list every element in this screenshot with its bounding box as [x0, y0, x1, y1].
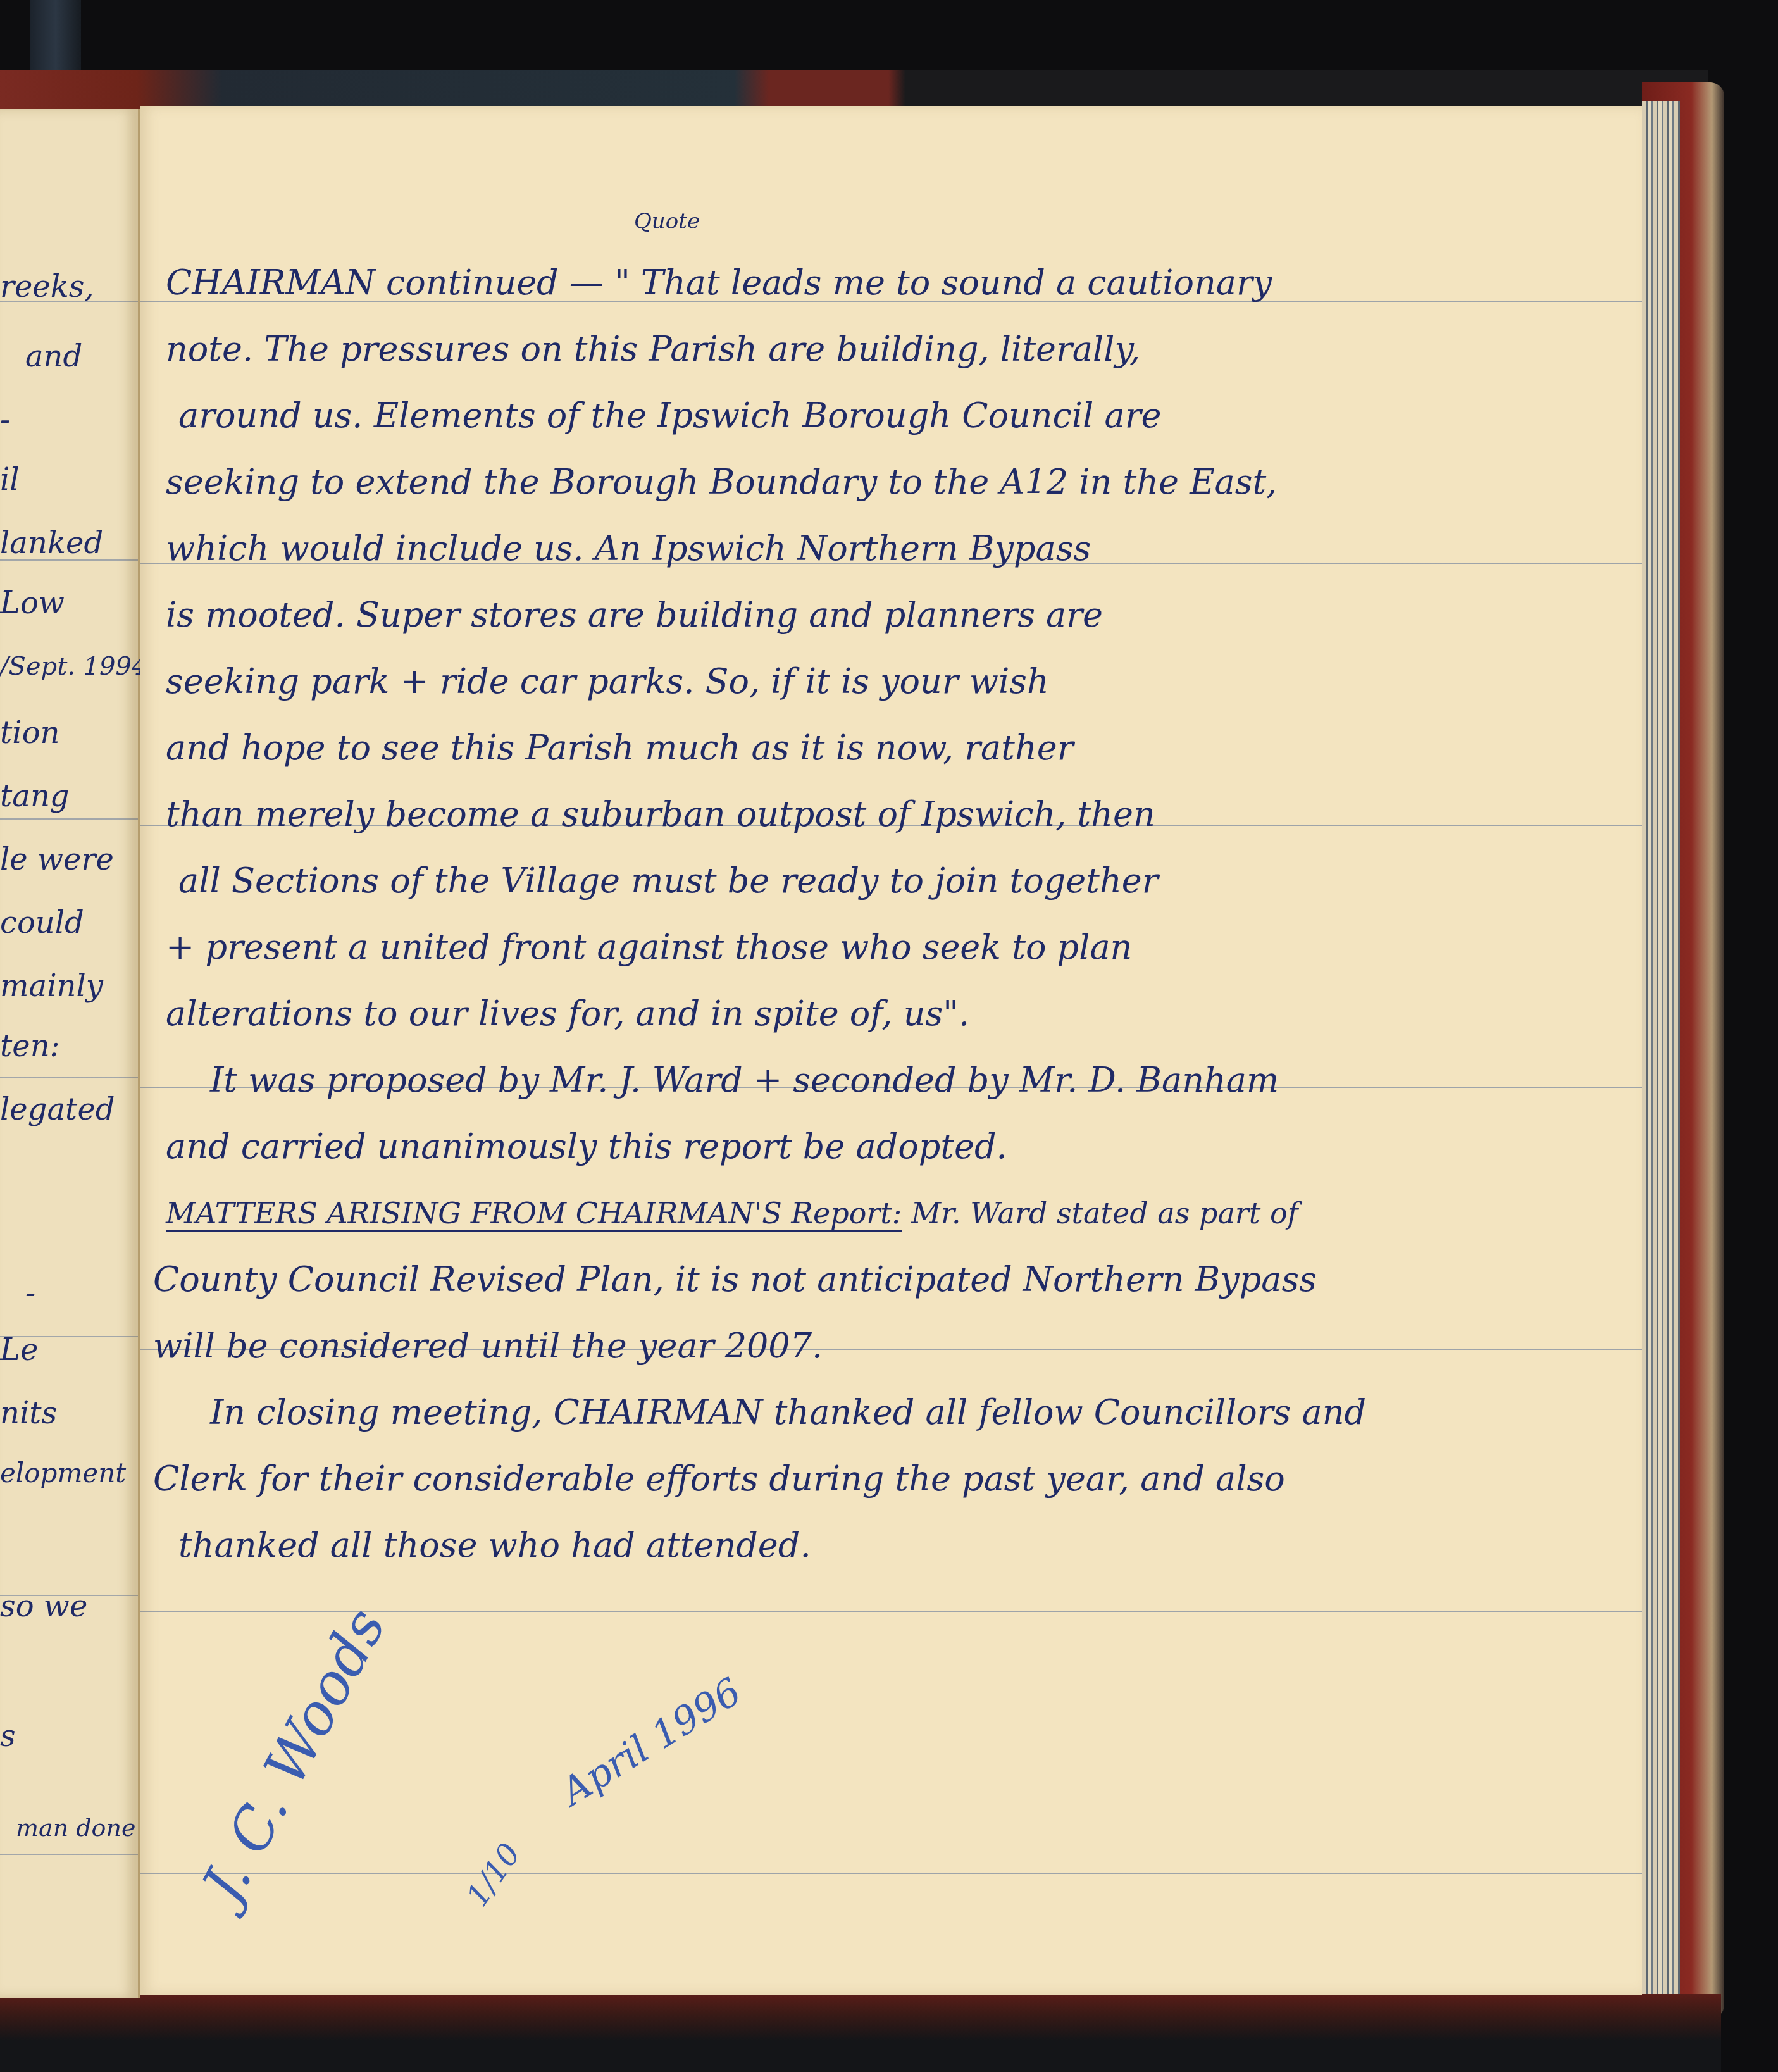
text-line: thanked all those who had attended.: [178, 1526, 811, 1564]
left-page: reeks, and - il lanked Low /Sept. 1994. …: [0, 109, 140, 1998]
margin-fragment: ten:: [0, 1030, 60, 1063]
text-line: CHAIRMAN continued — " That leads me to …: [166, 264, 1272, 302]
margin-fragment: elopment: [0, 1457, 126, 1490]
margin-fragment: lanked: [0, 527, 103, 559]
page-stack-edge: [1642, 101, 1680, 2000]
margin-fragment: so we: [0, 1590, 87, 1623]
margin-fragment: tang: [0, 780, 70, 813]
matters-arising-text: Mr. Ward stated as part of: [902, 1196, 1298, 1230]
margin-fragment: Le: [0, 1333, 38, 1366]
margin-fragment: man done: [16, 1811, 135, 1844]
text-line: and carried unanimously this report be a…: [166, 1128, 1007, 1166]
margin-fragment: could: [0, 906, 84, 939]
text-line: all Sections of the Village must be read…: [178, 862, 1159, 900]
signature-date-day: 1/10: [459, 1837, 528, 1913]
margin-fragment: il: [0, 463, 20, 496]
main-page: Quote CHAIRMAN continued — " That leads …: [140, 106, 1642, 1995]
quote-annotation: Quote: [634, 210, 700, 233]
text-line: note. The pressures on this Parish are b…: [166, 330, 1140, 368]
matters-arising-heading: MATTERS ARISING FROM CHAIRMAN'S Report:: [166, 1196, 902, 1230]
text-line: In closing meeting, CHAIRMAN thanked all…: [210, 1394, 1366, 1432]
text-line: around us. Elements of the Ipswich Borou…: [178, 397, 1161, 435]
text-line: Clerk for their considerable efforts dur…: [153, 1460, 1285, 1498]
text-line: seeking to extend the Borough Boundary t…: [166, 463, 1277, 501]
margin-fragment: -: [0, 403, 10, 436]
margin-fragment: mainly: [0, 970, 103, 1002]
margin-fragment: legated: [0, 1093, 115, 1126]
margin-fragment: tion: [0, 716, 59, 749]
text-line: + present a united front against those w…: [166, 928, 1132, 966]
signature-date: April 1996: [554, 1669, 749, 1814]
margin-fragment: and: [25, 340, 82, 373]
signature-block: J. C. Woods 1/10 April 1996: [197, 1580, 957, 2036]
margin-fragment: reeks,: [0, 270, 94, 303]
text-line: and hope to see this Parish much as it i…: [166, 729, 1074, 767]
text-line: County Council Revised Plan, it is not a…: [153, 1261, 1317, 1299]
text-line: seeking park + ride car parks. So, if it…: [166, 663, 1049, 701]
matters-arising-line: MATTERS ARISING FROM CHAIRMAN'S Report: …: [166, 1194, 1298, 1232]
text-line: alterations to our lives for, and in spi…: [166, 995, 969, 1033]
signature-name: J. C. Woods: [189, 1597, 399, 1913]
text-line: is mooted. Super stores are building and…: [166, 596, 1103, 634]
text-line: than merely become a suburban outpost of…: [166, 796, 1155, 833]
text-line: It was proposed by Mr. J. Ward + seconde…: [210, 1061, 1279, 1099]
text-line: which would include us. An Ipswich North…: [166, 530, 1091, 568]
margin-fragment: le were: [0, 843, 114, 876]
margin-fragment: s: [0, 1719, 16, 1752]
text-line: will be considered until the year 2007.: [153, 1327, 823, 1365]
margin-fragment: -: [25, 1276, 35, 1309]
margin-fragment: nits: [0, 1397, 57, 1430]
margin-fragment: Low: [0, 587, 65, 620]
margin-fragment-date: /Sept. 1994.: [0, 650, 156, 683]
